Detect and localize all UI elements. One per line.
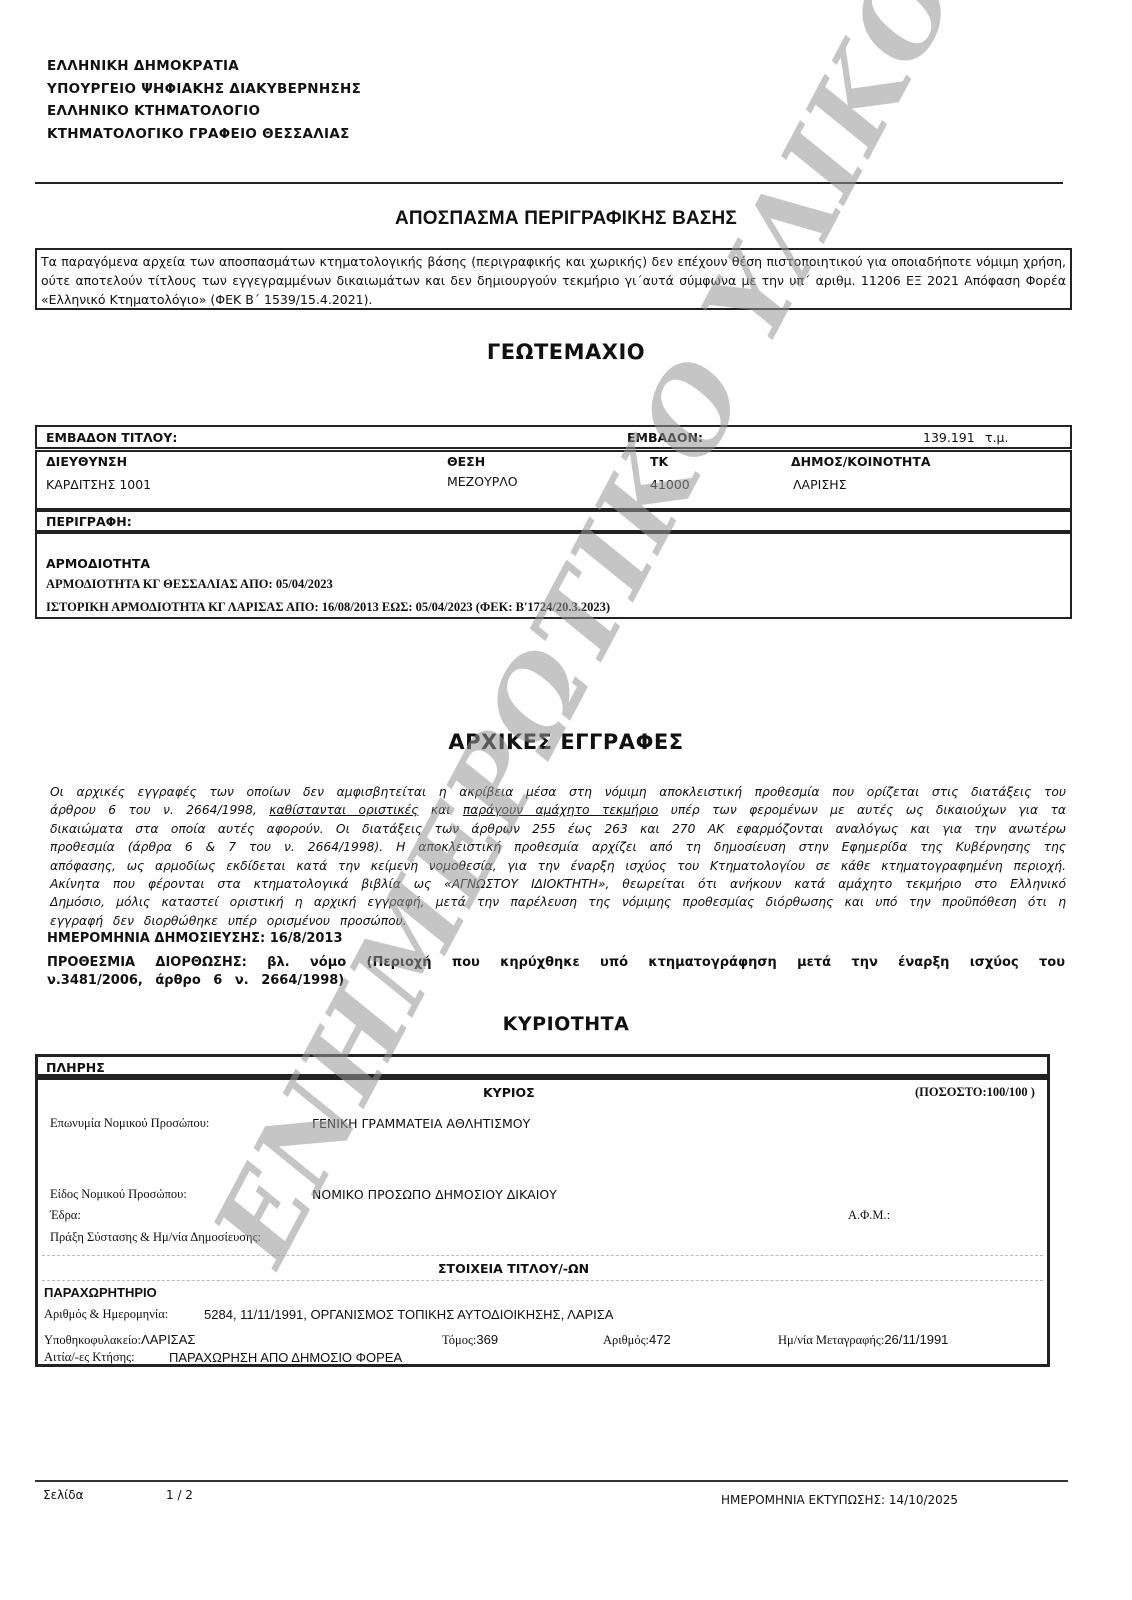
- acquisition-cause-label: Αιτία/-ες Κτήσης:: [44, 1350, 135, 1365]
- legal-name-value: ΓΕΝΙΚΗ ΓΡΑΜΜΑΤΕΙΑ ΑΘΛΗΤΙΣΜΟΥ: [312, 1116, 530, 1131]
- municipality-value: ΛΑΡΙΣΗΣ: [793, 477, 847, 492]
- entry-number-label: Αριθμός:: [603, 1333, 649, 1347]
- area-unit: τ.μ.: [985, 430, 1008, 445]
- legal-type-label: Είδος Νομικού Προσώπου:: [50, 1187, 187, 1202]
- title-details-header: ΣΤΟΙΧΕΙΑ ΤΙΤΛΟΥ/-ΩΝ: [438, 1261, 589, 1276]
- divider-dashed: [42, 1280, 1043, 1281]
- transcription-date-value: 26/11/1991: [884, 1332, 948, 1347]
- registry-label: Υποθηκοφυλακείο:: [44, 1333, 141, 1347]
- volume-field: Τόμος:369: [442, 1329, 498, 1348]
- ownership-section-title: ΚΥΡΙΟΤΗΤΑ: [0, 1013, 1132, 1035]
- jurisdiction-current: ΑΡΜΟΔΙΟΤΗΤΑ ΚΓ ΘΕΣΣΑΛΙΑΣ ΑΠΟ: 05/04/2023: [46, 577, 333, 592]
- jurisdiction-block: ΑΡΜΟΔΙΟΤΗΤΑ ΑΡΜΟΔΙΟΤΗΤΑ ΚΓ ΘΕΣΣΑΛΙΑΣ ΑΠΟ…: [35, 531, 1072, 619]
- initial-entries-section-title: ΑΡΧΙΚΕΣ ΕΓΓΡΑΦΕΣ: [0, 730, 1132, 754]
- header-line-office: ΚΤΗΜΑΤΟΛΟΓΙΚΟ ΓΡΑΦΕΙΟ ΘΕΣΣΑΛΙΑΣ: [47, 126, 350, 142]
- initial-entries-underline-presumption: παράγουν αμάχητο τεκμήριο: [463, 803, 658, 817]
- header-divider: [35, 182, 1063, 184]
- postcode-label: ΤΚ: [650, 454, 668, 469]
- legal-name-label: Επωνυμία Νομικού Προσώπου:: [50, 1116, 209, 1131]
- legal-type-value: ΝΟΜΙΚΟ ΠΡΟΣΩΠΟ ΔΗΜΟΣΙΟΥ ΔΙΚΑΙΟΥ: [312, 1187, 557, 1202]
- entry-number-value: 472: [649, 1332, 671, 1347]
- number-date-value: 5284, 11/11/1991, ΟΡΓΑΝΙΣΜΟΣ ΤΟΠΙΚΗΣ ΑΥΤ…: [204, 1307, 613, 1322]
- footer-divider: [35, 1480, 1068, 1482]
- title-area-label: ΕΜΒΑΔΟΝ ΤΙΤΛΟΥ:: [46, 430, 177, 445]
- title-type: ΠΑΡΑΧΩΡΗΤΗΡΙΟ: [44, 1285, 157, 1300]
- transcription-date-label: Ημ/νία Μεταγραφής:: [778, 1333, 884, 1347]
- location-label: ΘΕΣΗ: [447, 454, 485, 469]
- header-line-cadastre: ΕΛΛΗΝΙΚΟ ΚΤΗΜΑΤΟΛΟΓΙΟ: [47, 103, 260, 119]
- disclaimer-box: Τα παραγόμενα αρχεία των αποσπασμάτων κτ…: [35, 248, 1072, 310]
- parcel-section-title: ΓΕΩΤΕΜΑΧΙΟ: [0, 340, 1132, 364]
- owner-block: ΚΥΡΙΟΣ (ΠΟΣΟΣΤΟ:100/100 ) Επωνυμία Νομικ…: [35, 1077, 1050, 1367]
- seat-label: Έδρα:: [50, 1208, 81, 1223]
- tax-id-label: Α.Φ.Μ.:: [848, 1208, 890, 1223]
- print-date: ΗΜΕΡΟΜΗΝΙΑ ΕΚΤΥΠΩΣΗΣ: 14/10/2025: [721, 1493, 958, 1507]
- address-value: ΚΑΡΔΙΤΣΗΣ 1001: [46, 477, 151, 492]
- disclaimer-text: Τα παραγόμενα αρχεία των αποσπασμάτων κτ…: [41, 252, 1066, 309]
- jurisdiction-history: ΙΣΤΟΡΙΚΗ ΑΡΜΟΔΙΟΤΗΤΑ ΚΓ ΛΑΡΙΣΑΣ ΑΠΟ: 16/…: [46, 600, 610, 615]
- jurisdiction-label: ΑΡΜΟΔΙΟΤΗΤΑ: [46, 556, 150, 571]
- address-label: ΔΙΕΥΘΥΝΣΗ: [46, 454, 127, 469]
- divider-dashed: [42, 1255, 1043, 1256]
- correction-deadline: ΠΡΟΘΕΣΜΙΑ ΔΙΟΡΘΩΣΗΣ: βλ. νόμο (Περιοχή π…: [47, 954, 1065, 990]
- volume-value: 369: [476, 1332, 498, 1347]
- document-title: ΑΠΟΣΠΑΣΜΑ ΠΕΡΙΓΡΑΦΙΚΗΣ ΒΑΣΗΣ: [0, 208, 1132, 230]
- header-line-republic: ΕΛΛΗΝΙΚΗ ΔΗΜΟΚΡΑΤΙΑ: [47, 58, 239, 74]
- acquisition-cause-value: ΠΑΡΑΧΩΡΗΣΗ ΑΠΟ ΔΗΜΟΣΙΟ ΦΟΡΕΑ: [169, 1350, 402, 1365]
- initial-entries-text-part: και: [419, 803, 463, 817]
- owner-role: ΚΥΡΙΟΣ: [483, 1085, 535, 1100]
- page-label: Σελίδα: [43, 1488, 83, 1502]
- owner-share: (ΠΟΣΟΣΤΟ:100/100 ): [915, 1085, 1035, 1100]
- initial-entries-text-part: υπέρ των φερομένων με αυτές ως δικαιούχω…: [50, 803, 1066, 927]
- description-label: ΠΕΡΙΓΡΑΦΗ:: [46, 514, 132, 529]
- municipality-label: ΔΗΜΟΣ/ΚΟΙΝΟΤΗΤΑ: [791, 454, 931, 469]
- header-line-ministry: ΥΠΟΥΡΓΕΙΟ ΨΗΦΙΑΚΗΣ ΔΙΑΚΥΒΕΡΝΗΣΗΣ: [47, 81, 361, 97]
- location-value: ΜΕΖΟΥΡΛΟ: [447, 474, 518, 489]
- initial-entries-underline-final: καθίστανται οριστικές: [269, 803, 418, 817]
- postcode-value: 41000: [650, 477, 690, 492]
- area-label: ΕΜΒΑΔΟΝ:: [627, 430, 703, 445]
- registry-field: Υποθηκοφυλακείο:ΛΑΡΙΣΑΣ: [44, 1329, 195, 1348]
- initial-entries-text: Οι αρχικές εγγραφές των οποίων δεν αμφισ…: [50, 783, 1066, 930]
- volume-label: Τόμος:: [442, 1333, 476, 1347]
- ownership-type-row: ΠΛΗΡΗΣ: [35, 1054, 1050, 1077]
- page-number: 1 / 2: [166, 1488, 193, 1502]
- area-value: 139.191: [923, 430, 975, 445]
- founding-label: Πράξη Σύστασης & Ημ/νία Δημοσίευσης:: [50, 1230, 261, 1245]
- description-row: ΠΕΡΙΓΡΑΦΗ:: [35, 510, 1072, 532]
- area-row: ΕΜΒΑΔΟΝ ΤΙΤΛΟΥ: ΕΜΒΑΔΟΝ: 139.191 τ.μ.: [35, 425, 1072, 449]
- publication-date: ΗΜΕΡΟΜΗΝΙΑ ΔΗΜΟΣΙΕΥΣΗΣ: 16/8/2013: [47, 931, 343, 946]
- number-date-label: Αριθμός & Ημερομηνία:: [44, 1307, 168, 1322]
- entry-number-field: Αριθμός:472: [603, 1329, 671, 1348]
- registry-value: ΛΑΡΙΣΑΣ: [141, 1332, 195, 1347]
- address-block: ΔΙΕΥΘΥΝΣΗ ΚΑΡΔΙΤΣΗΣ 1001 ΘΕΣΗ ΜΕΖΟΥΡΛΟ Τ…: [35, 450, 1072, 510]
- transcription-date-field: Ημ/νία Μεταγραφής:26/11/1991: [778, 1329, 948, 1348]
- ownership-type: ΠΛΗΡΗΣ: [46, 1060, 105, 1075]
